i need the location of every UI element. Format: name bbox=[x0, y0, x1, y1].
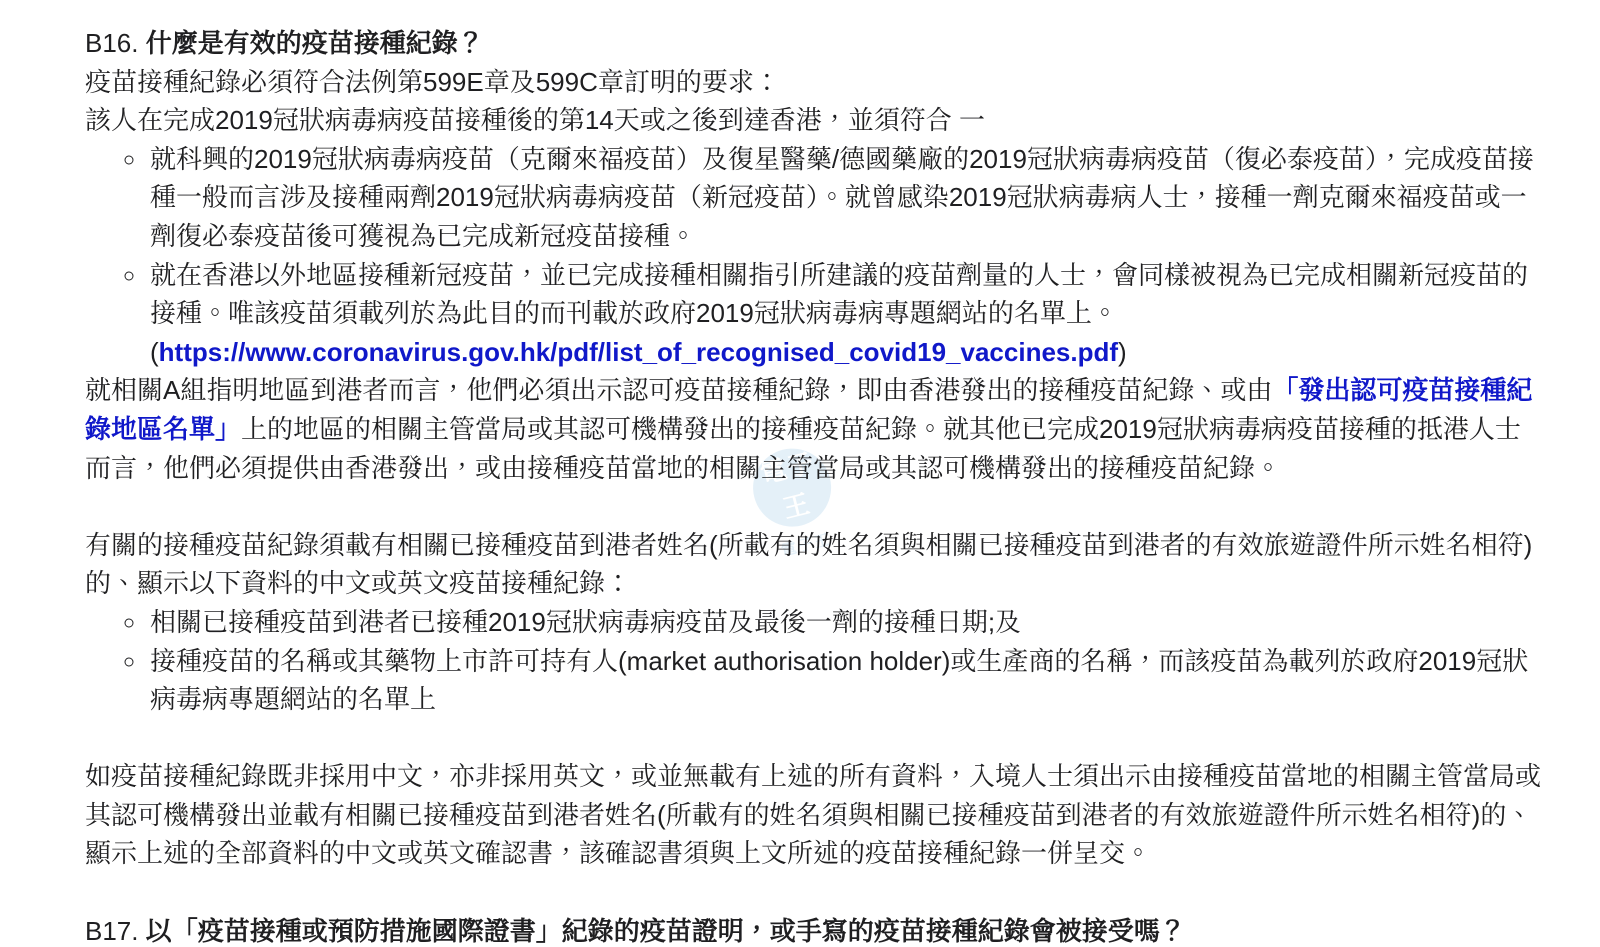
question-b17-title: 以「疫苗接種或預防措施國際證書」紀錄的疫苗證明，或手寫的疫苗接種紀錄會被接受嗎？ bbox=[146, 916, 1186, 946]
list-item-text: 就科興的2019冠狀病毒病疫苗（克爾來福疫苗）及復星醫藥/德國藥廠的2019冠狀… bbox=[150, 144, 1534, 251]
list-item-overseas-vaccines: 就在香港以外地區接種新冠疫苗，並已完成接種相關指引所建議的疫苗劑量的人士，會同樣… bbox=[148, 256, 1545, 372]
group-a-paragraph: 就相關A組指明地區到港者而言，他們必須出示認可疫苗接種紀錄，即由香港發出的接種疫… bbox=[85, 371, 1545, 487]
intro-line-requirements: 疫苗接種紀錄必須符合法例第599E章及599C章訂明的要求： bbox=[85, 63, 1545, 102]
blank-line bbox=[85, 873, 1545, 912]
list-item-text: 接種疫苗的名稱或其藥物上市許可持有人(market authorisation … bbox=[150, 646, 1528, 715]
intro-line-arrival: 該人在完成2019冠狀病毒病疫苗接種後的第14天或之後到達香港，並須符合 一 bbox=[85, 101, 1545, 140]
list-item-local-vaccines: 就科興的2019冠狀病毒病疫苗（克爾來福疫苗）及復星醫藥/德國藥廠的2019冠狀… bbox=[148, 140, 1545, 256]
question-b17-label: B17. bbox=[85, 916, 139, 946]
blank-line bbox=[85, 719, 1545, 758]
question-b17-heading: B17. 以「疫苗接種或預防措施國際證書」紀錄的疫苗證明，或手寫的疫苗接種紀錄會… bbox=[85, 912, 1545, 947]
record-requirements-intro: 有關的接種疫苗紀錄須載有相關已接種疫苗到港者姓名(所載有的姓名須與相關已接種疫苗… bbox=[85, 526, 1545, 603]
recognised-vaccines-list-link[interactable]: https://www.coronavirus.gov.hk/pdf/list_… bbox=[159, 337, 1118, 367]
list-item-vaccine-name: 接種疫苗的名稱或其藥物上市許可持有人(market authorisation … bbox=[148, 642, 1545, 719]
question-b16-label: B16. bbox=[85, 28, 139, 58]
recognised-vaccines-url-line: (https://www.coronavirus.gov.hk/pdf/list… bbox=[150, 333, 1545, 372]
url-close-paren: ) bbox=[1118, 337, 1127, 367]
faq-document-page: 電子王 電子王 B16. 什麼是有效的疫苗接種紀錄？ 疫苗接種紀錄必須符合法例第… bbox=[0, 0, 1600, 947]
list-item-vaccine-and-date: 相關已接種疫苗到港者已接種2019冠狀病毒病疫苗及最後一劑的接種日期;及 bbox=[148, 603, 1545, 642]
question-b16-heading: B16. 什麼是有效的疫苗接種紀錄？ bbox=[85, 24, 1545, 63]
record-requirements-list: 相關已接種疫苗到港者已接種2019冠狀病毒病疫苗及最後一劑的接種日期;及 接種疫… bbox=[85, 603, 1545, 719]
question-b16-title: 什麼是有效的疫苗接種紀錄？ bbox=[146, 28, 484, 58]
list-item-text: 相關已接種疫苗到港者已接種2019冠狀病毒病疫苗及最後一劑的接種日期;及 bbox=[150, 607, 1021, 637]
vaccine-criteria-list: 就科興的2019冠狀病毒病疫苗（克爾來福疫苗）及復星醫藥/德國藥廠的2019冠狀… bbox=[85, 140, 1545, 372]
confirmation-paragraph: 如疫苗接種紀錄既非採用中文，亦非採用英文，或並無載有上述的所有資料，入境人士須出… bbox=[85, 757, 1545, 873]
group-a-text-before: 就相關A組指明地區到港者而言，他們必須出示認可疫苗接種紀錄，即由香港發出的接種疫… bbox=[85, 375, 1272, 405]
list-item-text: 就在香港以外地區接種新冠疫苗，並已完成接種相關指引所建議的疫苗劑量的人士，會同樣… bbox=[150, 260, 1528, 329]
url-open-paren: ( bbox=[150, 337, 159, 367]
faq-content: B16. 什麼是有效的疫苗接種紀錄？ 疫苗接種紀錄必須符合法例第599E章及59… bbox=[85, 24, 1545, 947]
blank-line bbox=[85, 487, 1545, 526]
group-a-text-after: 上的地區的相關主管當局或其認可機構發出的接種疫苗紀錄。就其他已完成2019冠狀病… bbox=[85, 414, 1521, 483]
